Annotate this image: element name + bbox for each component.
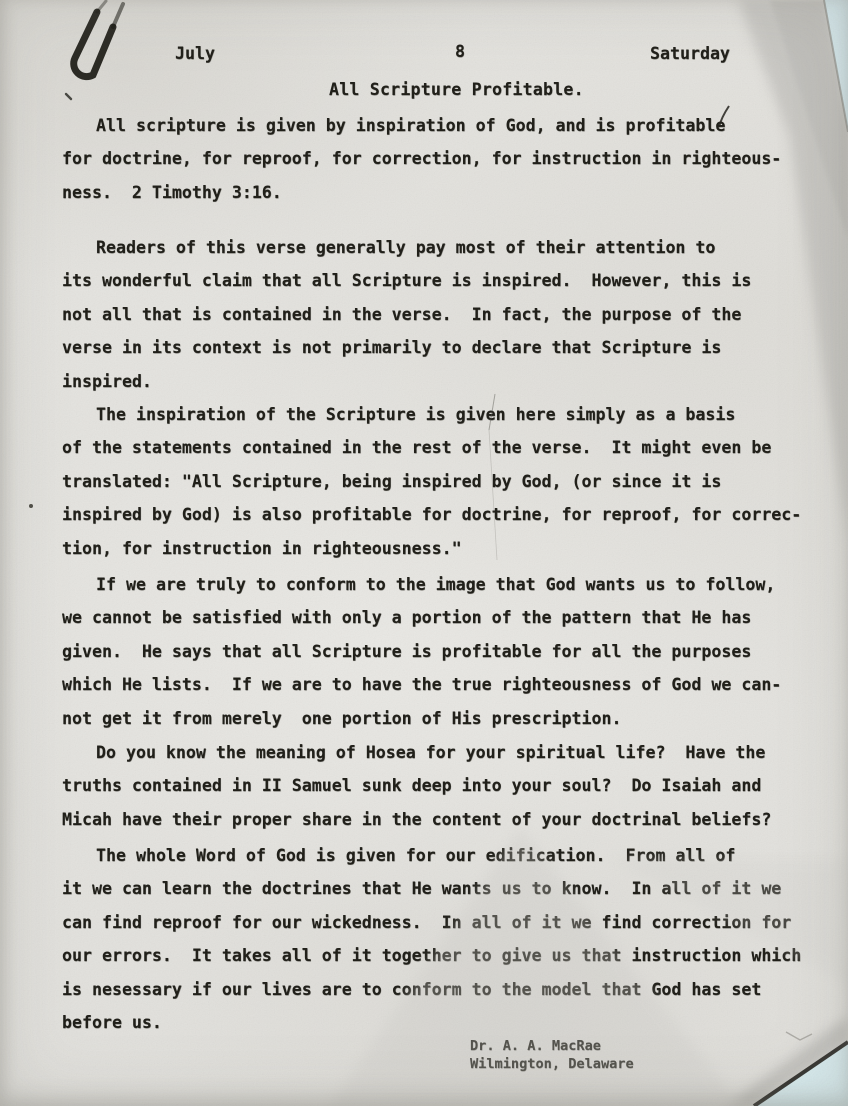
text-line: verse in its context is not primarily to… [62,331,834,364]
signature-location: Wilmington, Delaware [470,1056,634,1074]
text-line: it we can learn the doctrines that He wa… [62,872,834,905]
text-line: tion, for instruction in righteousness." [62,532,834,565]
text-line: not all that is contained in the verse. … [62,298,834,331]
scanned-document-page: July 8 Saturday All Scripture Profitable… [0,0,848,1106]
text-line: translated: "All Scripture, being inspir… [62,465,834,498]
text-line: inspired by God) is also profitable for … [62,498,834,531]
text-line: can find reproof for our wickedness. In … [62,906,834,939]
text-line: The inspiration of the Scripture is give… [62,398,834,431]
body-paragraph: If we are truly to conform to the image … [62,568,834,735]
document-title: All Scripture Profitable. [329,80,584,99]
body-paragraph: The inspiration of the Scripture is give… [62,398,834,565]
signature-name: Dr. A. A. MacRae [470,1038,634,1056]
body-paragraph: Readers of this verse generally pay most… [62,231,834,398]
text-line: its wonderful claim that all Scripture i… [62,264,834,297]
text-line: ness. 2 Timothy 3:16. [62,176,834,209]
text-line: our errors. It takes all of it together … [62,939,834,972]
header-weekday: Saturday [650,44,730,63]
text-line: for doctrine, for reproof, for correctio… [62,142,834,175]
text-line: All scripture is given by inspiration of… [62,109,834,142]
header-month: July [175,44,215,63]
header-day-number: 8 [455,42,465,61]
signature-block: Dr. A. A. MacRae Wilmington, Delaware [470,1038,634,1073]
scripture-quote-paragraph: All scripture is given by inspiration of… [62,109,834,209]
text-line: truths contained in II Samuel sunk deep … [62,769,834,802]
text-line: The whole Word of God is given for our e… [62,839,834,872]
body-paragraph: Do you know the meaning of Hosea for you… [62,736,834,836]
text-line: not get it from merely one portion of Hi… [62,702,834,735]
text-line: which He lists. If we are to have the tr… [62,668,834,701]
text-line: Do you know the meaning of Hosea for you… [62,736,834,769]
text-line: of the statements contained in the rest … [62,431,834,464]
text-line: If we are truly to conform to the image … [62,568,834,601]
text-line: inspired. [62,365,834,398]
text-line: Readers of this verse generally pay most… [62,231,834,264]
ink-dot [29,504,33,508]
text-line: is nesessary if our lives are to conform… [62,973,834,1006]
body-paragraph: The whole Word of God is given for our e… [62,839,834,1039]
text-line: we cannot be satisfied with only a porti… [62,601,834,634]
paperclip-mark-icon [66,1,123,99]
text-line: Micah have their proper share in the con… [62,803,834,836]
text-line: given. He says that all Scripture is pro… [62,635,834,668]
text-line: before us. [62,1006,834,1039]
